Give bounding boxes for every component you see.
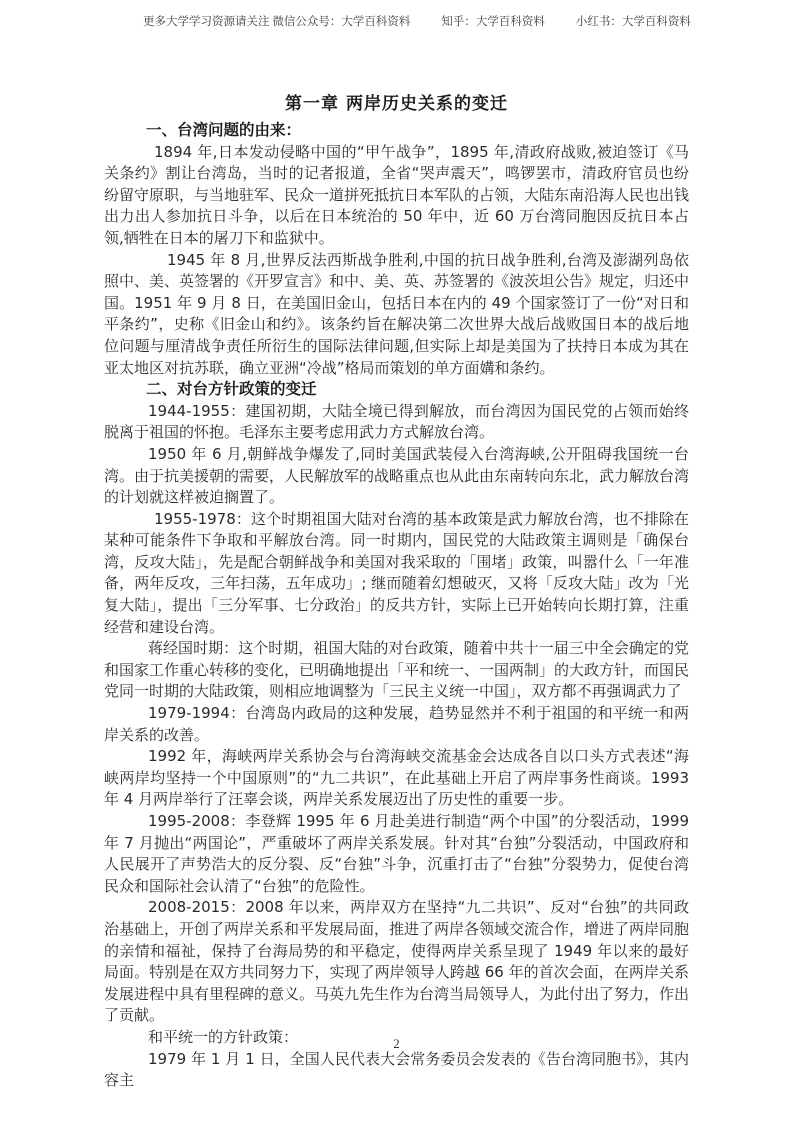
section1-heading: 一、台湾问题的由来： xyxy=(104,120,689,142)
chapter-title: 第一章 两岸历史关系的变迁 xyxy=(104,92,689,116)
body-paragraph: 蒋经国时期：这个时期，祖国大陆的对台政策，随着中共十一届三中全会确定的党和国家工… xyxy=(104,638,689,703)
body-paragraph: 2008-2015：2008 年以来，两岸双方在坚持“九二共识”、反对“台独”的… xyxy=(104,897,689,1027)
body-paragraph: 1955-1978：这个时期祖国大陆对台湾的基本政策是武力解放台湾，也不排除在某… xyxy=(104,509,689,639)
body-paragraph: 1992 年，海峡两岸关系协会与台湾海峡交流基金会达成各自以口头方式表述“海峡两… xyxy=(104,746,689,811)
body-paragraph: 1894 年,日本发动侵略中国的“甲午战争”，1895 年,清政府战败,被迫签订… xyxy=(104,142,689,250)
body-paragraph: 1944-1955：建国初期，大陆全境已得到解放，而台湾因为国民党的占领而始终脱… xyxy=(104,401,689,444)
body-paragraph: 1950 年 6 月,朝鲜战争爆发了,同时美国武装侵入台湾海峡,公开阻碍我国统一… xyxy=(104,444,689,509)
body-paragraph: 1945 年 8 月,世界反法西斯战争胜利,中国的抗日战争胜利,台湾及澎湖列岛依… xyxy=(104,250,689,380)
header-xiaohongshu-text: 小红书：大学百科资料 xyxy=(576,13,691,29)
header-wechat-text: 更多大学学习资源请关注 微信公众号：大学百科资料 xyxy=(143,13,410,29)
body-paragraph: 1995-2008：李登辉 1995 年 6 月赴美进行制造“两个中国”的分裂活… xyxy=(104,811,689,897)
page-number: 2 xyxy=(0,1036,793,1052)
document-body: 第一章 两岸历史关系的变迁 一、台湾问题的由来： 1894 年,日本发动侵略中国… xyxy=(104,92,689,1092)
body-paragraph: 1979-1994：台湾岛内政局的这种发展，趋势显然并不利于祖国的和平统一和两岸… xyxy=(104,703,689,746)
header-zhihu-text: 知乎：大学百科资料 xyxy=(441,13,545,29)
page-header: 更多大学学习资源请关注 微信公众号：大学百科资料 知乎：大学百科资料 小红书：大… xyxy=(143,13,691,29)
body-paragraph: 1979 年 1 月 1 日，全国人民代表大会常务委员会发表的《告台湾同胞书》，… xyxy=(104,1049,689,1092)
section2-heading: 二、对台方针政策的变迁 xyxy=(104,379,689,401)
document-page: 更多大学学习资源请关注 微信公众号：大学百科资料 知乎：大学百科资料 小红书：大… xyxy=(0,0,793,1122)
